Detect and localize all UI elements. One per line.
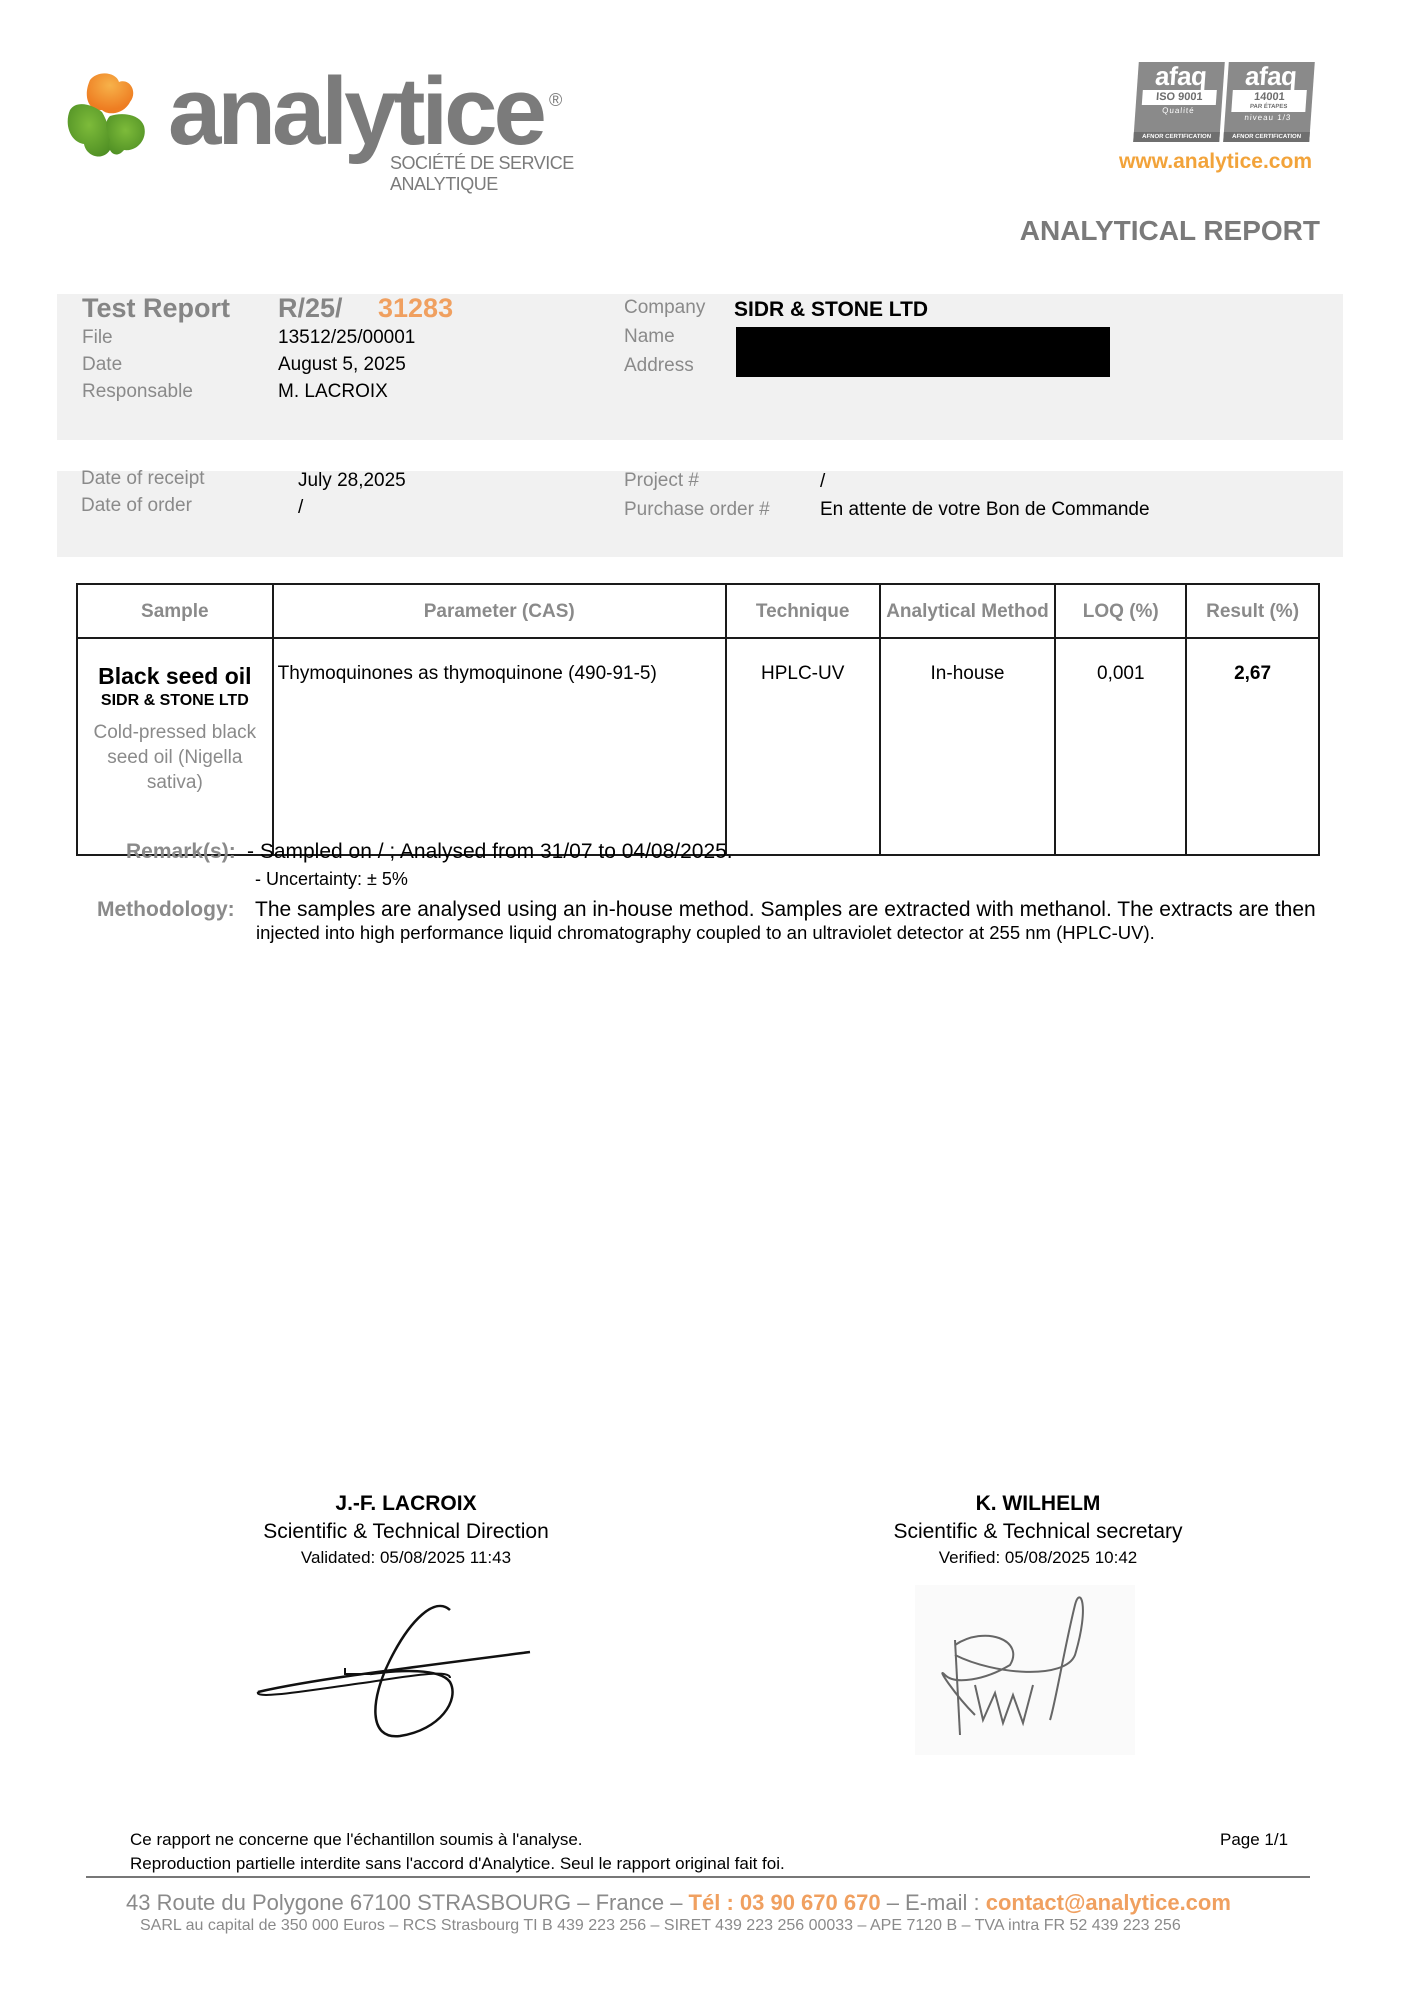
remarks-line-1: - Sampled on / ; Analysed from 31/07 to … <box>247 840 733 864</box>
result-cell: 2,67 <box>1186 638 1319 855</box>
badge-brand: afaq <box>1137 62 1225 90</box>
file-value: 13512/25/00001 <box>278 327 415 349</box>
signature-block-secretary: K. WILHELM Scientific & Technical secret… <box>828 1492 1248 1568</box>
signature-wilhelm-icon <box>915 1585 1135 1755</box>
methodology-label: Methodology: <box>97 898 235 922</box>
sample-cell: Black seed oil SIDR & STONE LTD Cold-pre… <box>77 638 273 855</box>
footer-divider <box>86 1876 1310 1878</box>
email-label: – E-mail : <box>881 1890 986 1915</box>
technique-cell: HPLC-UV <box>726 638 880 855</box>
date-value: August 5, 2025 <box>278 354 406 376</box>
col-parameter: Parameter (CAS) <box>273 584 726 638</box>
report-heading: ANALYTICAL REPORT <box>980 215 1320 247</box>
table-header-row: Sample Parameter (CAS) Technique Analyti… <box>77 584 1319 638</box>
badge-level: niveau 1/3 <box>1224 112 1311 124</box>
badge-brand: afaq <box>1227 62 1315 90</box>
name-label: Name <box>624 326 675 348</box>
footer-address-line: 43 Route du Polygone 67100 STRASBOURG – … <box>126 1890 1231 1916</box>
page-number: Page 1/1 <box>1220 1830 1288 1850</box>
company-value: SIDR & STONE LTD <box>734 298 928 322</box>
legal-info: SARL au capital de 350 000 Euros – RCS S… <box>140 1917 1181 1935</box>
method-cell: In-house <box>880 638 1056 855</box>
col-method: Analytical Method <box>880 584 1056 638</box>
methodology-line-1: The samples are analysed using an in-hou… <box>255 898 1316 922</box>
certification-badges: afaq ISO 9001 Qualité AFNOR CERTIFICATIO… <box>1136 62 1312 142</box>
col-result: Result (%) <box>1186 584 1319 638</box>
order-date-label: Date of order <box>81 495 192 517</box>
brand-name: analytice <box>168 64 543 160</box>
table-row: Black seed oil SIDR & STONE LTD Cold-pre… <box>77 638 1319 855</box>
project-label: Project # <box>624 470 699 492</box>
receipt-value: July 28,2025 <box>298 470 406 492</box>
signer-stamp: Validated: 05/08/2025 11:43 <box>196 1548 616 1568</box>
address: 43 Route du Polygone 67100 STRASBOURG – … <box>126 1890 689 1915</box>
sample-name: Black seed oil <box>79 663 271 690</box>
brand-tagline: SOCIÉTÉ DE SERVICE ANALYTIQUE <box>390 153 684 195</box>
signature-block-direction: J.-F. LACROIX Scientific & Technical Dir… <box>196 1492 616 1568</box>
signer-role: Scientific & Technical secretary <box>828 1520 1248 1544</box>
badge-standard: 14001PAR ÉTAPES <box>1231 90 1307 112</box>
sample-company: SIDR & STONE LTD <box>79 692 271 710</box>
signer-name: K. WILHELM <box>828 1492 1248 1516</box>
remarks-line-2: - Uncertainty: ± 5% <box>255 869 408 890</box>
phone[interactable]: Tél : 03 90 670 670 <box>689 1890 881 1915</box>
signer-stamp: Verified: 05/08/2025 10:42 <box>828 1548 1248 1568</box>
afaq-14001-badge: afaq 14001PAR ÉTAPES niveau 1/3 AFNOR CE… <box>1223 62 1315 142</box>
methodology-line-2: injected into high performance liquid ch… <box>256 922 1155 944</box>
col-loq: LOQ (%) <box>1055 584 1186 638</box>
file-label: File <box>82 327 113 349</box>
sample-description: Cold-pressed black seed oil (Nigella sat… <box>79 720 271 795</box>
col-technique: Technique <box>726 584 880 638</box>
col-sample: Sample <box>77 584 273 638</box>
clover-icon <box>64 70 164 170</box>
receipt-label: Date of receipt <box>81 468 205 490</box>
analytice-logo: analytice ® SOCIÉTÉ DE SERVICE ANALYTIQU… <box>64 70 684 180</box>
test-report-label: Test Report <box>82 293 230 324</box>
loq-cell: 0,001 <box>1055 638 1186 855</box>
company-label: Company <box>624 297 705 319</box>
afaq-iso9001-badge: afaq ISO 9001 Qualité AFNOR CERTIFICATIO… <box>1133 62 1225 142</box>
signer-name: J.-F. LACROIX <box>196 1492 616 1516</box>
badge-quality: Qualité <box>1135 105 1222 117</box>
signer-role: Scientific & Technical Direction <box>196 1520 616 1544</box>
project-value: / <box>820 471 825 493</box>
report-number: 31283 <box>378 293 453 324</box>
badge-footer: AFNOR CERTIFICATION <box>1133 132 1220 142</box>
date-label: Date <box>82 354 122 376</box>
remarks-label: Remark(s): <box>126 840 236 864</box>
registered-mark: ® <box>549 90 562 111</box>
parameter-cell: Thymoquinones as thymoquinone (490-91-5) <box>273 638 726 855</box>
signature-lacroix-icon <box>250 1590 560 1750</box>
responsable-label: Responsable <box>82 381 193 403</box>
responsable-value: M. LACROIX <box>278 381 388 403</box>
badge-footer: AFNOR CERTIFICATION <box>1223 132 1310 142</box>
website-link[interactable]: www.analytice.com <box>1100 150 1312 174</box>
badge-standard: ISO 9001 <box>1142 90 1217 105</box>
order-date-value: / <box>298 497 303 519</box>
report-prefix: R/25/ <box>278 293 343 324</box>
disclaimer-1: Ce rapport ne concerne que l'échantillon… <box>130 1830 583 1850</box>
address-label: Address <box>624 355 694 377</box>
po-value: En attente de votre Bon de Commande <box>820 499 1150 521</box>
results-table: Sample Parameter (CAS) Technique Analyti… <box>76 583 1320 856</box>
po-label: Purchase order # <box>624 499 770 521</box>
redacted-name-address <box>736 327 1110 377</box>
email-link[interactable]: contact@analytice.com <box>986 1890 1231 1915</box>
disclaimer-2: Reproduction partielle interdite sans l'… <box>130 1854 785 1874</box>
